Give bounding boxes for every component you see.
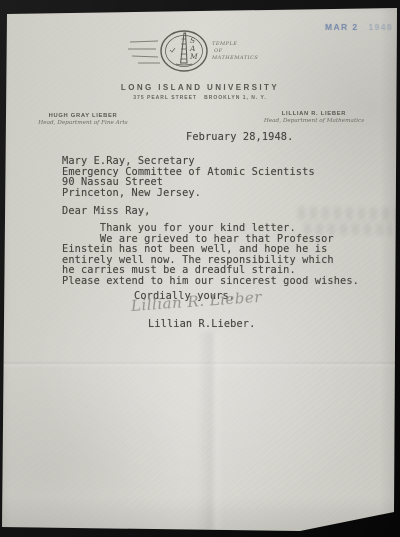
officer-right-name: LILLIAN R. LIEBER bbox=[258, 111, 370, 117]
received-date-stamp: MAR 21948 bbox=[325, 22, 393, 32]
letter-body: Thank you for your kind letter. We are g… bbox=[62, 223, 372, 287]
officer-left-title: Head, Department of Fine Arts bbox=[8, 120, 158, 126]
officer-left-block: HUGH GRAY LIEBER Head, Department of Fin… bbox=[8, 113, 158, 126]
logo-caption-line1: TEMPLE bbox=[212, 41, 237, 47]
university-name: LONG ISLAND UNIVERSITY bbox=[0, 83, 400, 92]
salutation: Dear Miss Ray, bbox=[62, 206, 150, 217]
letter-date: February 28,1948. bbox=[186, 132, 293, 143]
letter-paper: MAR 21948 bbox=[0, 0, 400, 537]
recipient-address-block: Mary E.Ray, Secretary Emergency Committe… bbox=[62, 156, 315, 198]
stamp-month-day: MAR 2 bbox=[325, 22, 358, 32]
paper-crease bbox=[198, 332, 224, 532]
university-logo: S A M TEMPLE OF MATHEMATICS bbox=[128, 22, 264, 82]
logo-speed-lines bbox=[128, 41, 160, 63]
typed-signature-name: Lillian R.Lieber. bbox=[148, 319, 255, 330]
officer-left-name: HUGH GRAY LIEBER bbox=[8, 113, 158, 119]
logo-tick bbox=[170, 48, 175, 52]
officer-right-title: Head, Department of Mathematics bbox=[258, 118, 370, 124]
logo-monogram-m: M bbox=[189, 52, 198, 61]
university-address: 375 PEARL STREET BROOKLYN 1, N. Y. bbox=[0, 95, 400, 101]
stamp-year: 1948 bbox=[368, 22, 393, 32]
logo-caption-line3: MATHEMATICS bbox=[211, 55, 258, 61]
logo-caption-line2: OF bbox=[214, 48, 223, 54]
officer-right-block: LILLIAN R. LIEBER Head, Department of Ma… bbox=[258, 111, 370, 124]
show-through-smudge bbox=[298, 206, 398, 220]
scanned-letter: MAR 21948 bbox=[0, 0, 400, 537]
